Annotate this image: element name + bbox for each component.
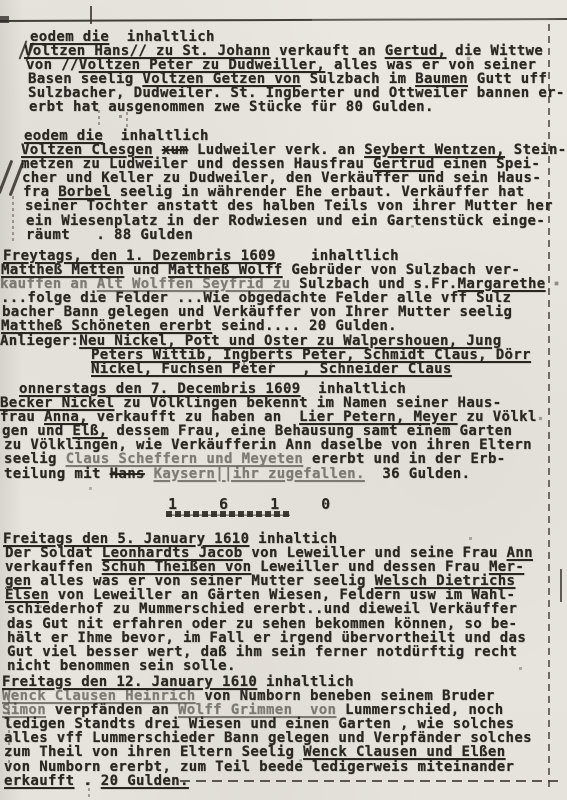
record-line: erkaufft . 20 Gulden. <box>4 774 532 788</box>
text-segment: Wolff Grimmen von <box>178 702 336 718</box>
record-line: Freytags, den 1. Dezembris 1609 inhaltli… <box>3 249 546 263</box>
record-line: Freitags den 5. January 1610 inhaltich <box>3 532 533 546</box>
year-heading: 1 6 1 0 <box>168 497 347 512</box>
top-rule <box>0 18 567 22</box>
text-segment: Kaysern||ihr zugefallen. <box>154 466 365 482</box>
record-line: das Gut nit erfahren oder zu sehen bekom… <box>7 617 533 631</box>
text-segment: 36 Gulden. <box>365 466 471 482</box>
text-segment: 20 Gulden. <box>101 773 189 789</box>
annotation-bracket <box>560 569 562 602</box>
record-line: schiederhof zu Mummerschied ererbt..und … <box>7 602 533 616</box>
text-segment: Simon <box>2 702 46 718</box>
record-line: räumt . 88 Gulden <box>26 228 567 242</box>
scanned-page: 1 6 1 0 eodem die inhaltlichVoltzen Hans… <box>0 0 567 800</box>
record-line: hält er Ihme bevor, im Fall er irgend üb… <box>7 631 533 645</box>
text-segment <box>3 361 91 377</box>
record-1610-01-12: Freitags den 12. January 1610 inhaltlich… <box>2 675 532 788</box>
fold-tick-mark <box>90 6 92 24</box>
year-heading-underline <box>166 511 290 517</box>
record-1609-12-01: Freytags, den 1. Dezembris 1609 inhaltli… <box>3 249 546 376</box>
record-line: onnerstags den 7. Decembris 1609 inhaltl… <box>19 382 537 396</box>
record-line: seiner Tochter anstatt des halben Teils … <box>25 199 567 213</box>
record-line: Peters Wittib, Ingberts Peter, Schmidt C… <box>3 348 546 362</box>
record-1610-01-05: Freitags den 5. January 1610 inhaltichDe… <box>3 532 533 673</box>
text-segment: teilung mit <box>4 466 110 482</box>
text-segment: Hans <box>110 466 145 482</box>
record-line: Anlieger:Neu Nickel, Pott und Oster zu W… <box>0 334 546 348</box>
record-line: Freitags den 12. January 1610 inhaltlich <box>2 675 532 689</box>
rule-end-blot <box>0 16 9 23</box>
record-line: Mattheß Schöneten ererbt seind.... 20 Gu… <box>1 319 546 333</box>
text-segment: räumt . 88 Gulden <box>26 227 193 243</box>
text-segment: Nickel, Fuchsen Peter , Schneider Claus <box>91 361 452 377</box>
record-line: zum Theil von ihren Eltern Seelig Wenck … <box>4 745 532 759</box>
record-line: eodem die inhaltlich <box>24 129 567 143</box>
record-line: teilung mit Hans Kaysern||ihr zugefallen… <box>4 467 537 481</box>
text-segment: nicht benommen sein solle. <box>7 658 236 674</box>
record-line: eodem die inhaltlich <box>30 30 565 44</box>
record-line: erbt hat ausgenommen zwe Stücke für 80 G… <box>29 100 565 114</box>
text-segment: kauffen an <box>0 276 97 292</box>
text-segment: erkaufft <box>4 773 74 789</box>
record-line: Gut viel besser wert, daß ihm sein ferne… <box>7 645 533 659</box>
record-line: ein Wiesenplatz in der Rodwiesen und ein… <box>26 214 567 228</box>
paper-specks <box>0 0 1 1</box>
text-segment: . <box>74 773 100 789</box>
record-line: nicht benommen sein solle. <box>7 659 533 673</box>
text-segment: Alt Wolffen Seyfrid zu <box>97 276 291 292</box>
record-eodem-2: eodem die inhaltlichVoltzen Clesgen xum … <box>24 129 567 242</box>
record-line: Nickel, Fuchsen Peter , Schneider Claus <box>3 362 546 376</box>
text-segment <box>145 466 154 482</box>
text-segment: erbt hat ausgenommen zwe Stücke für 80 G… <box>29 99 434 115</box>
record-1609-12-07: onnerstags den 7. Decembris 1609 inhaltl… <box>2 382 537 481</box>
margin-guide-line <box>12 196 14 244</box>
record-line: von Numborn ererbt, zum Teil beede ledig… <box>4 760 532 774</box>
record-line: seelig Claus Scheffern und Meyeten ererb… <box>4 452 537 466</box>
record-eodem-1: eodem die inhaltlichVoltzen Hans// zu St… <box>30 30 565 115</box>
record-line: Sulzbacher, Dudweiler. St. Ingberter und… <box>28 86 565 100</box>
